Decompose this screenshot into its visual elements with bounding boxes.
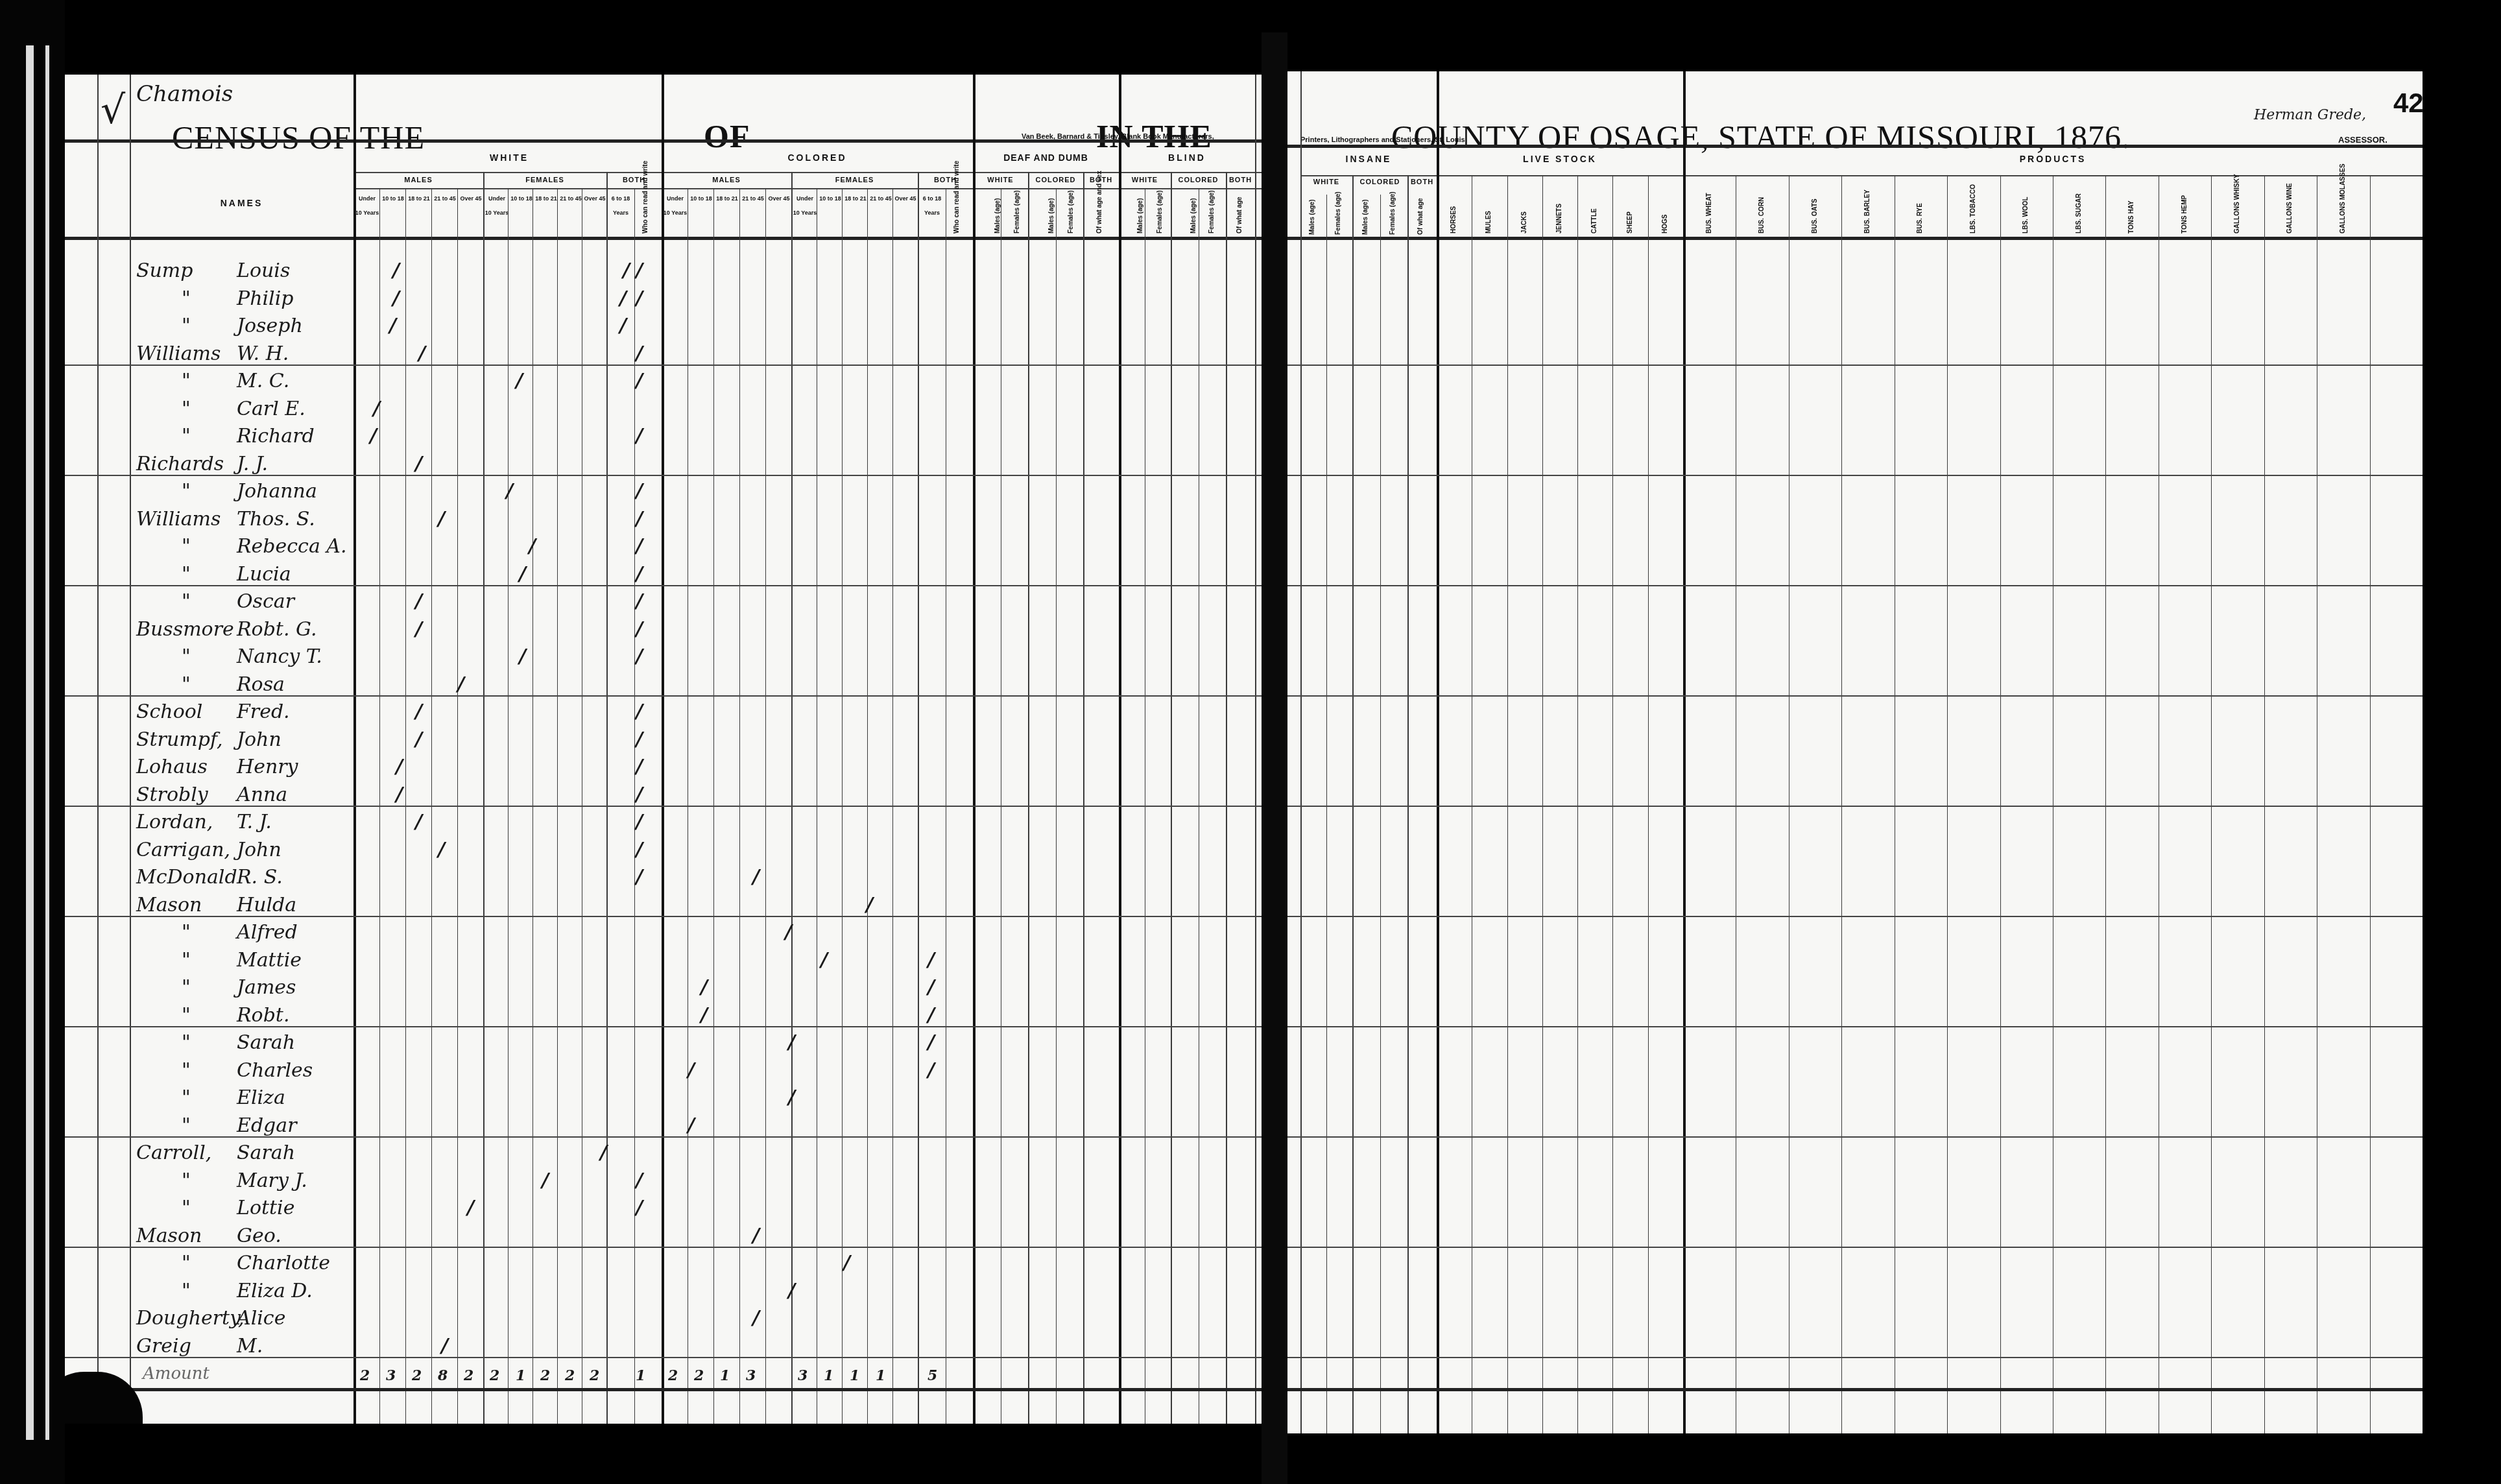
tally-mark: / — [636, 756, 643, 778]
livestock-column-header: JACKS — [1521, 191, 1528, 233]
products-column-header: BUS. OATS — [1812, 182, 1819, 233]
livestock-column-header: HORSES — [1450, 191, 1457, 233]
name-surname: McDonald — [136, 866, 237, 889]
total-value: 3 — [798, 1367, 808, 1384]
tally-mark: / — [396, 784, 403, 806]
tally-mark: / — [752, 866, 760, 889]
name-surname: Strumpf, — [136, 728, 223, 751]
total-value: 1 — [824, 1367, 833, 1384]
tally-mark: / — [700, 976, 708, 999]
totals-label: Amount — [143, 1364, 209, 1383]
total-value: 5 — [927, 1367, 937, 1384]
colored-males: MALES — [662, 176, 791, 184]
name-given: Thos. S. — [237, 508, 315, 531]
name-surname: Strobly — [136, 784, 208, 806]
tally-mark: / — [636, 645, 643, 668]
name-surname: School — [136, 700, 202, 723]
tally-mark: / — [785, 921, 792, 944]
tally-mark: / — [688, 1059, 695, 1082]
name-given: Philip — [237, 287, 294, 310]
name-given: Lucia — [237, 563, 291, 586]
name-surname: " — [182, 673, 191, 696]
name-given: John — [237, 728, 281, 751]
tally-mark: / — [415, 700, 422, 723]
tally-mark: / — [623, 259, 630, 282]
tally-mark: / — [415, 811, 422, 833]
tally-mark: / — [392, 287, 400, 310]
name-given: Charles — [237, 1059, 313, 1082]
book-spine — [1262, 32, 1287, 1484]
section-colored: COLORED — [662, 152, 973, 163]
name-surname: Williams — [136, 508, 221, 531]
name-surname: Greig — [136, 1335, 191, 1358]
tally-mark: / — [619, 315, 627, 337]
name-surname: Carroll, — [136, 1142, 211, 1164]
name-surname: " — [182, 370, 191, 392]
tally-mark: / — [636, 425, 643, 448]
colored-females: FEMALES — [791, 176, 918, 184]
name-surname: Williams — [136, 342, 221, 365]
total-value: 2 — [590, 1367, 599, 1384]
tally-mark: / — [927, 1059, 935, 1082]
name-surname: " — [182, 1086, 191, 1109]
page-number: 42 — [2393, 88, 2423, 119]
margin-note: Chamois — [136, 81, 233, 107]
name-given: Sarah — [237, 1142, 295, 1164]
tally-mark: / — [636, 590, 643, 613]
name-given: Louis — [237, 259, 290, 282]
name-surname: Richards — [136, 453, 224, 475]
name-surname: " — [182, 1280, 191, 1302]
name-surname: " — [182, 1114, 191, 1137]
total-value: 2 — [490, 1367, 499, 1384]
name-surname: " — [182, 1031, 191, 1054]
name-surname: Lohaus — [136, 756, 208, 778]
name-given: Charlotte — [237, 1252, 330, 1275]
tally-mark: / — [415, 590, 422, 613]
total-value: 2 — [360, 1367, 370, 1384]
tally-mark: / — [636, 508, 643, 531]
name-given: M. C. — [237, 370, 289, 392]
tally-mark: / — [619, 287, 627, 310]
tally-mark: / — [441, 1335, 448, 1358]
total-value: 1 — [720, 1367, 730, 1384]
tally-mark: / — [927, 976, 935, 999]
right-title: COUNTY OF OSAGE, STATE OF MISSOURI, 1876… — [1391, 118, 2130, 156]
total-value: 1 — [516, 1367, 525, 1384]
name-given: Fred. — [237, 700, 290, 723]
tally-mark: / — [700, 1004, 708, 1027]
name-given: W. H. — [237, 342, 289, 365]
tally-mark: / — [636, 784, 643, 806]
tally-mark: / — [415, 618, 422, 641]
name-surname: " — [182, 976, 191, 999]
name-given: Joseph — [237, 315, 303, 337]
total-value: 1 — [850, 1367, 859, 1384]
tally-mark: / — [636, 563, 643, 586]
tally-mark: / — [519, 563, 526, 586]
name-given: Oscar — [237, 590, 294, 613]
livestock-column-header: SHEEP — [1627, 191, 1634, 233]
section-white: WHITE — [353, 152, 665, 163]
tally-mark: / — [788, 1280, 795, 1302]
tally-mark: / — [636, 811, 643, 833]
name-given: Robt. — [237, 1004, 289, 1027]
tally-mark: / — [457, 673, 464, 696]
tally-mark: / — [636, 618, 643, 641]
blind-white: WHITE — [1119, 176, 1171, 184]
products-column-header: GALLONS MOLASSES — [2339, 182, 2347, 233]
name-given: Alfred — [237, 921, 298, 944]
name-surname: Bussmore — [136, 618, 234, 641]
tally-mark: / — [688, 1114, 695, 1137]
name-surname: Mason — [136, 894, 202, 916]
section-products: PRODUCTS — [1683, 154, 2423, 164]
assessor-name: Herman Grede, — [2254, 107, 2366, 123]
section-live-stock: LIVE STOCK — [1437, 154, 1683, 164]
tally-mark: / — [415, 453, 422, 475]
tally-mark: / — [438, 508, 445, 531]
products-column-header: GALLONS WINE — [2286, 182, 2293, 233]
products-column-header: LBS. WOOL — [2022, 182, 2029, 233]
name-surname: Carrigan, — [136, 839, 230, 861]
left-page: √ Chamois CENSUS OF THE OF IN THE Van Be… — [65, 75, 1262, 1424]
name-given: Hulda — [237, 894, 296, 916]
scan-left-edge — [0, 0, 65, 1484]
total-value: 2 — [694, 1367, 704, 1384]
name-given: Sarah — [237, 1031, 295, 1054]
name-surname: " — [182, 480, 191, 503]
name-surname: " — [182, 1059, 191, 1082]
total-value: 2 — [412, 1367, 422, 1384]
name-given: Mattie — [237, 949, 302, 972]
tally-mark: / — [927, 1031, 935, 1054]
printer-credit-right: Printers, Lithographers and Stationers, … — [1300, 136, 1465, 144]
tally-mark: / — [438, 839, 445, 861]
name-given: Alice — [237, 1307, 285, 1330]
name-given: Geo. — [237, 1225, 281, 1247]
tally-mark: / — [467, 1197, 474, 1219]
name-given: John — [237, 839, 281, 861]
colored-both: BOTH — [918, 176, 973, 184]
deaf-colored: COLORED — [1028, 176, 1083, 184]
white-both: BOTH — [606, 176, 662, 184]
total-value: 1 — [636, 1367, 645, 1384]
name-surname: " — [182, 1169, 191, 1192]
tally-mark: / — [542, 1169, 549, 1192]
name-surname: " — [182, 563, 191, 586]
name-surname: " — [182, 1252, 191, 1275]
name-surname: Sump — [136, 259, 193, 282]
name-surname: " — [182, 535, 191, 558]
tally-mark: / — [373, 398, 380, 420]
name-surname: " — [182, 645, 191, 668]
name-surname: " — [182, 1197, 191, 1219]
tally-mark: / — [370, 425, 377, 448]
name-given: Eliza — [237, 1086, 285, 1109]
name-given: R. S. — [237, 866, 283, 889]
livestock-column-header: JENNETS — [1556, 191, 1563, 233]
total-value: 3 — [746, 1367, 756, 1384]
name-surname: " — [182, 425, 191, 448]
insane-both: BOTH — [1407, 178, 1437, 186]
total-value: 2 — [540, 1367, 550, 1384]
name-given: Mary J. — [237, 1169, 307, 1192]
products-column-header: TONS HEMP — [2181, 182, 2188, 233]
livestock-column-header: HOGS — [1662, 191, 1669, 233]
tally-mark: / — [636, 866, 643, 889]
name-given: James — [237, 976, 296, 999]
name-given: Edgar — [237, 1114, 297, 1137]
section-deaf-and-dumb: DEAF AND DUMB — [973, 152, 1119, 163]
tally-mark: / — [788, 1086, 795, 1109]
products-column-header: GALLONS WHISKY — [2234, 182, 2241, 233]
name-given: Carl E. — [237, 398, 305, 420]
title-census-of-the: CENSUS OF THE — [172, 119, 425, 156]
name-given: J. J. — [237, 453, 268, 475]
name-surname: " — [182, 590, 191, 613]
name-surname: " — [182, 287, 191, 310]
products-column-header: BUS. WHEAT — [1706, 182, 1713, 233]
insane-colored: COLORED — [1352, 178, 1407, 186]
tally-mark: / — [927, 1004, 935, 1027]
name-given: Nancy T. — [237, 645, 322, 668]
tally-mark: / — [636, 535, 643, 558]
section-blind: BLIND — [1119, 152, 1255, 163]
tally-mark: / — [636, 839, 643, 861]
right-page: 42 COUNTY OF OSAGE, STATE OF MISSOURI, 1… — [1287, 71, 2423, 1433]
name-given: M. — [237, 1335, 263, 1358]
tally-mark: / — [636, 287, 643, 310]
title-of: OF — [704, 117, 750, 155]
thumb-shadow — [65, 1372, 143, 1424]
name-given: Lottie — [237, 1197, 294, 1219]
products-column-header: LBS. TOBACCO — [1970, 182, 1977, 233]
tally-mark: / — [636, 728, 643, 751]
tally-mark: / — [415, 728, 422, 751]
livestock-column-header: CATTLE — [1591, 191, 1598, 233]
tally-mark: / — [600, 1142, 607, 1164]
name-given: Anna — [237, 784, 287, 806]
name-surname: " — [182, 398, 191, 420]
tally-mark: / — [788, 1031, 795, 1054]
name-surname: " — [182, 1004, 191, 1027]
blind-colored: COLORED — [1171, 176, 1226, 184]
name-surname: Lordan, — [136, 811, 213, 833]
total-value: 8 — [438, 1367, 448, 1384]
name-surname: " — [182, 921, 191, 944]
tally-mark: / — [843, 1252, 850, 1275]
products-column-header: BUS. RYE — [1917, 182, 1924, 233]
name-given: Richard — [237, 425, 315, 448]
tally-mark: / — [392, 259, 400, 282]
products-column-header: LBS. SUGAR — [2076, 182, 2083, 233]
tally-mark: / — [752, 1307, 760, 1330]
tally-mark: / — [927, 949, 935, 972]
name-given: Rosa — [237, 673, 285, 696]
tally-mark: / — [519, 645, 526, 668]
total-value: 3 — [386, 1367, 396, 1384]
total-value: 2 — [668, 1367, 678, 1384]
tally-mark: / — [636, 259, 643, 282]
insane-white: WHITE — [1300, 178, 1352, 186]
name-given: Rebecca A. — [237, 535, 347, 558]
names-header: NAMES — [130, 198, 353, 208]
name-surname: " — [182, 315, 191, 337]
total-value: 1 — [876, 1367, 885, 1384]
tally-mark: / — [396, 756, 403, 778]
white-females: FEMALES — [483, 176, 606, 184]
name-given: Eliza D. — [237, 1280, 313, 1302]
tally-mark: / — [636, 342, 643, 365]
name-given: Robt. G. — [237, 618, 317, 641]
name-surname: Dougherty, — [136, 1307, 245, 1330]
products-column-header: BUS. BARLEY — [1864, 182, 1871, 233]
name-given: Johanna — [237, 480, 317, 503]
tally-mark: / — [516, 370, 523, 392]
name-surname: Mason — [136, 1225, 202, 1247]
blind-both: BOTH — [1226, 176, 1255, 184]
name-given: T. J. — [237, 811, 272, 833]
check-mark: √ — [101, 88, 125, 133]
section-insane: INSANE — [1300, 154, 1437, 164]
deaf-white: WHITE — [973, 176, 1028, 184]
tally-mark: / — [506, 480, 513, 503]
products-column-header: BUS. CORN — [1758, 182, 1765, 233]
tally-mark: / — [636, 480, 643, 503]
tally-mark: / — [866, 894, 873, 916]
assessor-title: ASSESSOR. — [2338, 135, 2387, 145]
products-column-header: TONS HAY — [2128, 182, 2135, 233]
white-males: MALES — [353, 176, 483, 184]
tally-mark: / — [389, 315, 396, 337]
tally-mark: / — [529, 535, 536, 558]
tally-mark: / — [636, 370, 643, 392]
tally-mark: / — [418, 342, 425, 365]
tally-mark: / — [636, 1169, 643, 1192]
total-value: 2 — [464, 1367, 473, 1384]
tally-mark: / — [636, 700, 643, 723]
name-given: Henry — [237, 756, 298, 778]
tally-mark: / — [636, 1197, 643, 1219]
tally-mark: / — [752, 1225, 760, 1247]
livestock-column-header: MULES — [1485, 191, 1492, 233]
tally-mark: / — [820, 949, 828, 972]
name-surname: " — [182, 949, 191, 972]
total-value: 2 — [565, 1367, 575, 1384]
